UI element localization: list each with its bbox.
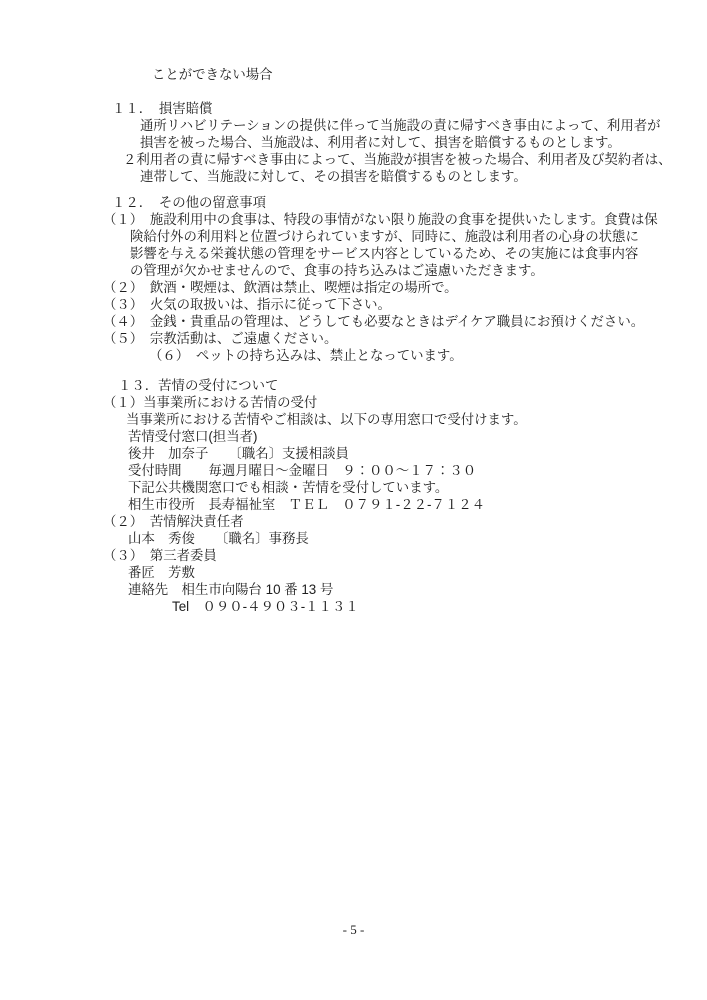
complaint-window-line: 苦情受付窓口(担当者): [128, 428, 707, 445]
section-12-item-line: 影響を与える栄養状態の管理をサービス内容としているため、その実施には食事内容: [130, 245, 707, 262]
spacer: [0, 364, 707, 377]
page-number: - 5 -: [0, 921, 707, 938]
reception-hours-line: 受付時間 毎週月曜日～金曜日 ９：００～１７：３０: [128, 462, 707, 479]
section-11-body-line: 損害を被った場合、当施設は、利用者に対して、損害を賠償するものとします。: [140, 134, 707, 151]
section-12-item-line: （２） 飲酒・喫煙は、飲酒は禁止、喫煙は指定の場所で。: [103, 279, 707, 296]
section-11-body-line: 連帯して、当施設に対して、その損害を賠償するものとします。: [140, 168, 707, 185]
section-12-item-line: （４） 金銭・貴重品の管理は、どうしても必要なときはデイケア職員にお預けください…: [103, 313, 707, 330]
city-office-contact-line: 相生市役所 長寿福祉室 ＴＥＬ ０７９１-２２-７１２４: [128, 496, 707, 513]
document-page: ことができない場合 １１． 損害賠償 通所リハビリテーションの提供に伴って当施設…: [0, 0, 707, 1000]
section-12-item-line: （３） 火気の取扱いは、指示に従って下さい。: [103, 296, 707, 313]
section-12-item-line: の管理が欠かせませんので、食事の持ち込みはご遠慮いただきます。: [130, 262, 707, 279]
section-11-body-line: 通所リハビリテーションの提供に伴って当施設の責に帰すべき事由によって、利用者が: [140, 117, 707, 134]
section-12-item-line: （６） ペットの持ち込みは、禁止となっています。: [149, 347, 707, 364]
spacer: [0, 185, 707, 194]
carryover-line: ことができない場合: [152, 66, 707, 83]
section-12-item-line: 険給付外の利用料と位置づけられていますが、同時に、施設は利用者の心身の状態に: [130, 228, 707, 245]
resolution-manager-subheading: （２） 苦情解決責任者: [103, 513, 707, 530]
contact-person-line: 後井 加奈子 〔職名〕支援相談員: [128, 445, 707, 462]
spacer: [0, 83, 707, 100]
third-party-tel-line: Tel ０９０-４９０３-１１３１: [172, 598, 707, 615]
complaint-intro-line: 当事業所における苦情やご相談は、以下の専用窓口で受付けます。: [126, 411, 707, 428]
section-13-heading: １３．苦情の受付について: [118, 377, 707, 394]
section-12-item-line: （１） 施設利用中の食事は、特段の事情がない限り施設の食事を提供いたします。食費…: [103, 211, 707, 228]
complaint-reception-subheading: （１）当事業所における苦情の受付: [103, 394, 707, 411]
third-party-member-subheading: （３） 第三者委員: [103, 547, 707, 564]
third-party-member-name-line: 番匠 芳敷: [128, 564, 707, 581]
document-body: ことができない場合 １１． 損害賠償 通所リハビリテーションの提供に伴って当施設…: [0, 66, 707, 615]
resolution-manager-name-line: 山本 秀俊 〔職名〕事務長: [128, 530, 707, 547]
section-11-heading: １１． 損害賠償: [112, 100, 707, 117]
public-office-note-line: 下記公共機関窓口でも相談・苦情を受付しています。: [128, 479, 707, 496]
section-11-body-line: ２利用者の責に帰すべき事由によって、当施設が損害を被った場合、利用者及び契約者は…: [123, 151, 707, 168]
section-12-item-line: （５） 宗教活動は、ご遠慮ください。: [103, 330, 707, 347]
third-party-address-line: 連絡先 相生市向陽台 10 番 13 号: [128, 581, 707, 598]
section-12-heading: １２． その他の留意事項: [112, 194, 707, 211]
